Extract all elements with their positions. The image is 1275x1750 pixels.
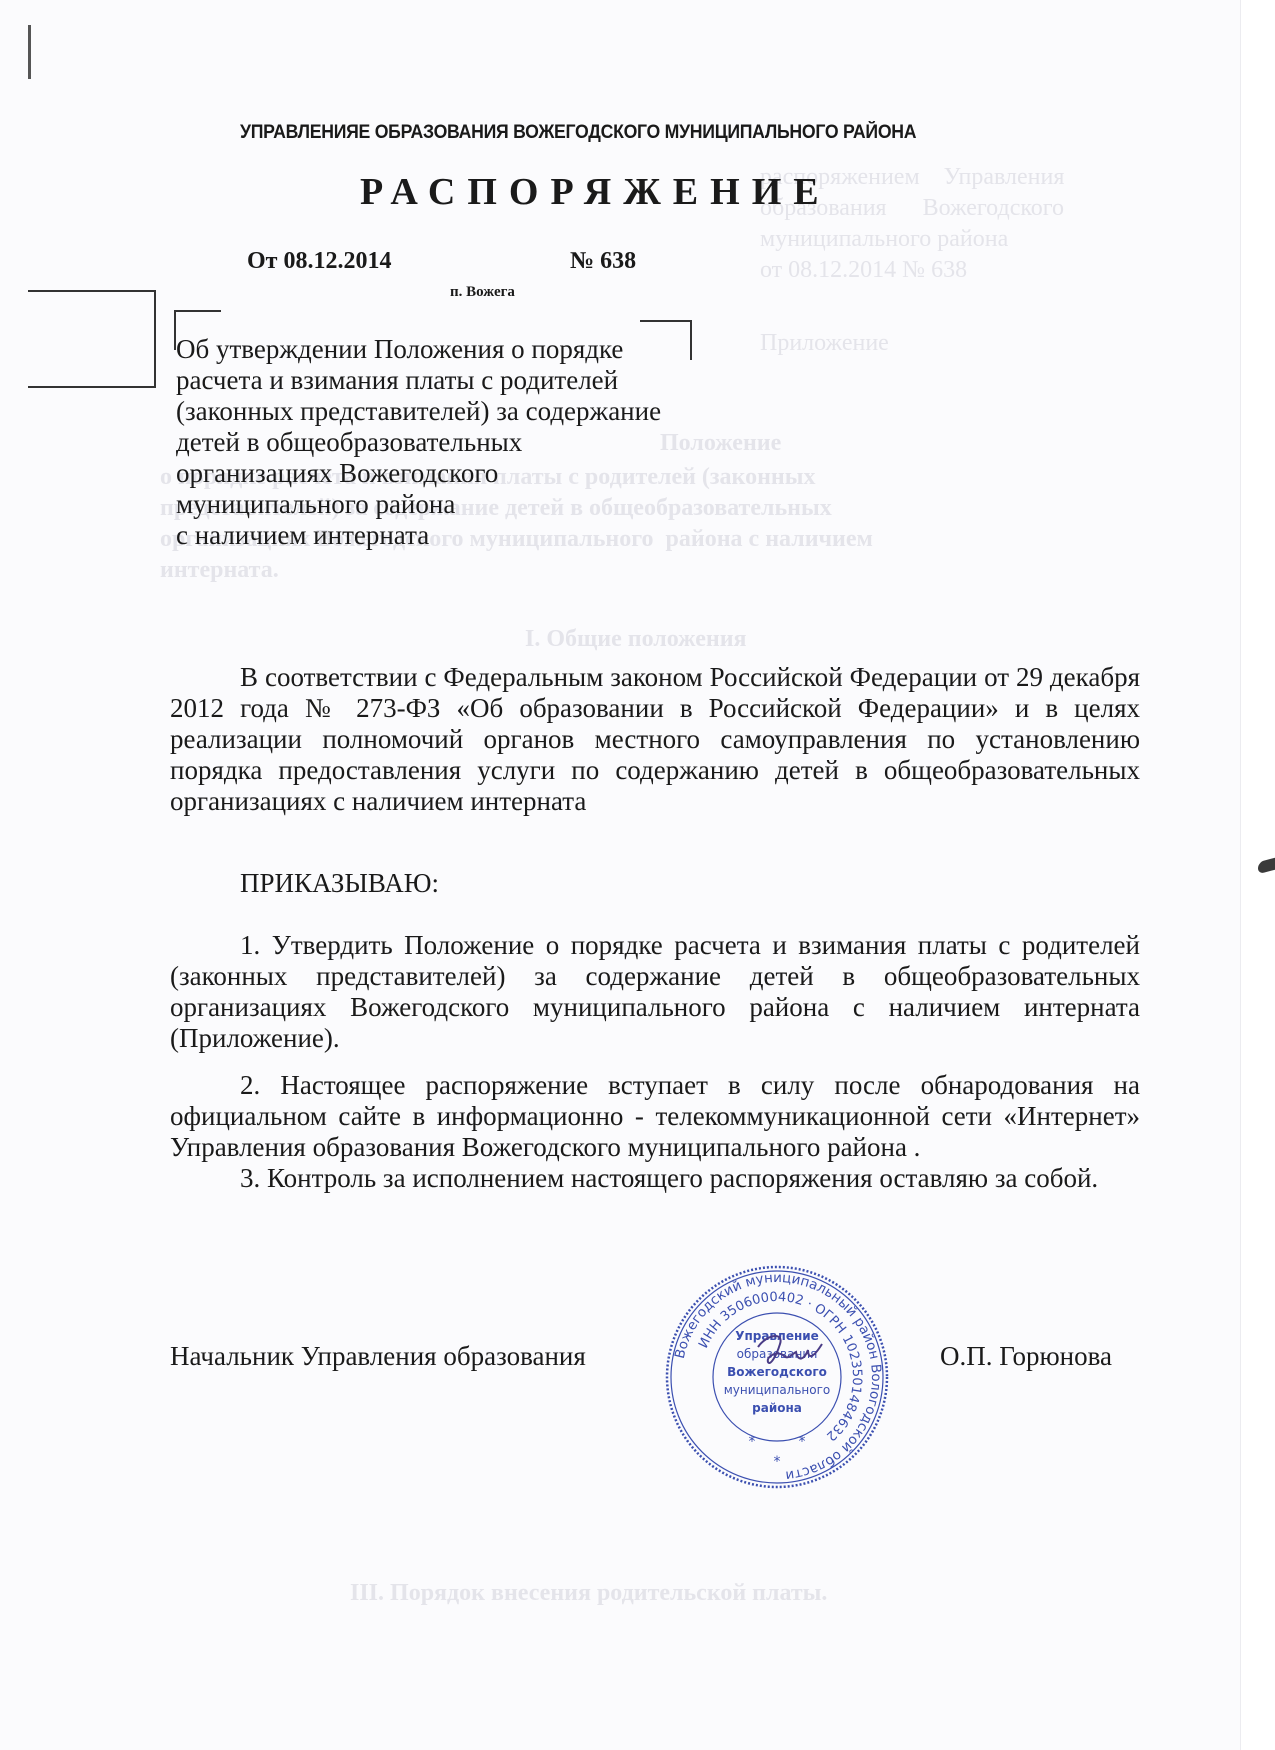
bleed-through-line: I. Общие положения: [525, 624, 747, 655]
order-item-3: 3. Контроль за исполнением настоящего ра…: [170, 1163, 1140, 1194]
svg-text:*: *: [749, 1434, 756, 1450]
subject-line: с наличием интерната: [176, 520, 661, 551]
bleed-through-line: интерната.: [160, 555, 279, 586]
subject-line: (законных представителей) за содержание: [176, 396, 661, 427]
preamble-paragraph: В соответствии с Федеральным законом Рос…: [170, 662, 1140, 817]
svg-text:*: *: [774, 1454, 781, 1470]
subject-line: расчета и взимания платы с родителей: [176, 365, 661, 396]
document-page: распоряжением Управления образования Вож…: [0, 0, 1240, 1750]
subject-line: муниципального района: [176, 489, 661, 520]
registration-box: [28, 290, 156, 388]
document-place: п. Вожега: [450, 284, 515, 301]
bleed-through-line: от 08.12.2014 № 638: [760, 255, 967, 286]
subject-line: детей в общеобразовательных: [176, 427, 661, 458]
bleed-through-line: муниципального района: [760, 224, 1008, 255]
organization-header: УПРАВЛЕНИЯЕ ОБРАЗОВАНИЯ ВОЖЕГОДСКОГО МУН…: [240, 122, 916, 144]
document-subject: Об утверждении Положения о порядке расче…: [176, 334, 661, 551]
svg-text:*: *: [799, 1434, 806, 1450]
bleed-through-line: III. Порядок внесения родительской платы…: [350, 1578, 827, 1609]
document-title: РАСПОРЯЖЕНИЕ: [360, 170, 831, 214]
subject-line: организациях Вожегодского: [176, 458, 661, 489]
stamp-seal-icon: Вожегодский муниципальный район Вологодс…: [662, 1262, 892, 1492]
order-item-2: 2. Настоящее распоряжение вступает в сил…: [170, 1070, 1140, 1163]
bleed-through-line: Положение: [660, 428, 781, 459]
order-item-1: 1. Утвердить Положение о порядке расчета…: [170, 930, 1140, 1054]
svg-text:района: района: [752, 1401, 802, 1415]
scan-mark: [28, 25, 31, 79]
signatory-name: О.П. Горюнова: [940, 1341, 1112, 1372]
document-number: № 638: [570, 248, 636, 275]
signatory-position: Начальник Управления образования: [170, 1341, 586, 1372]
subject-line: Об утверждении Положения о порядке: [176, 334, 661, 365]
svg-text:муниципального: муниципального: [724, 1383, 831, 1397]
official-stamp: Вожегодский муниципальный район Вологодс…: [662, 1262, 892, 1492]
order-word: ПРИКАЗЫВАЮ:: [240, 868, 439, 899]
page-edge: [1240, 0, 1275, 1750]
document-date: От 08.12.2014: [247, 248, 391, 275]
svg-text:Вожегодского: Вожегодского: [727, 1365, 827, 1379]
bleed-through-line: Приложение: [760, 328, 889, 359]
